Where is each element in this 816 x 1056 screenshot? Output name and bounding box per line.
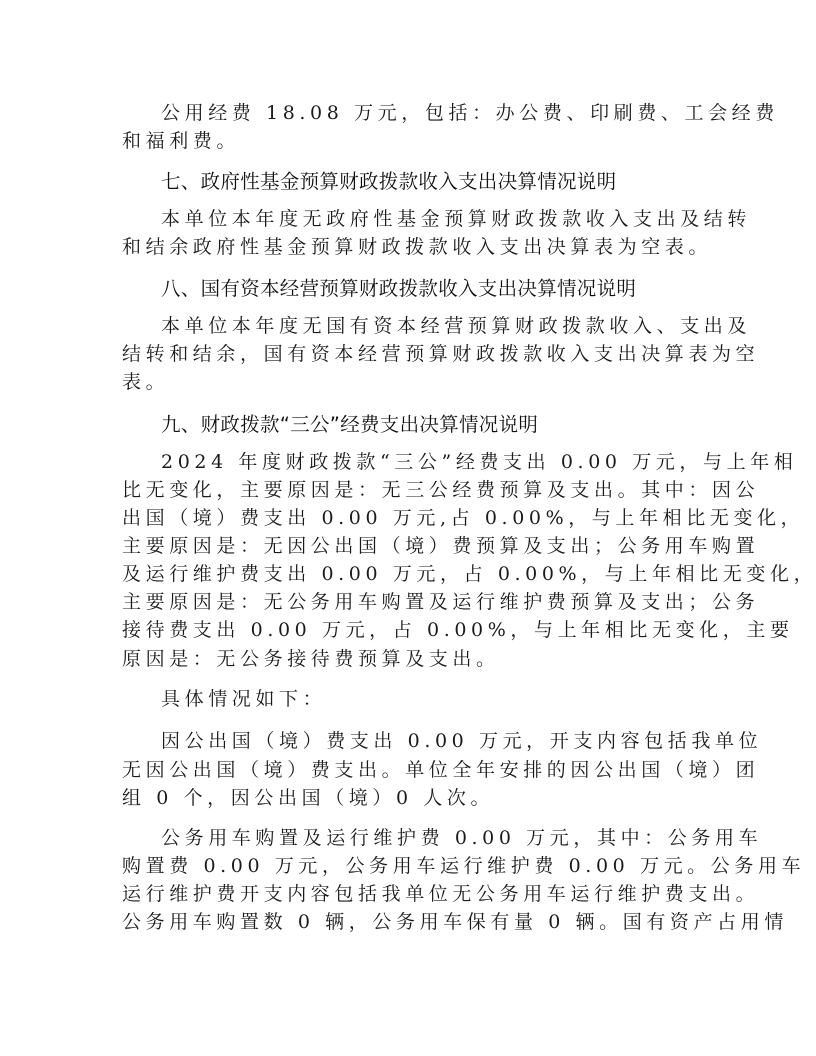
paragraph-line: 因公出国（境）费支出 0.00 万元，开支内容包括我单位 — [161, 727, 741, 755]
paragraph-line: 表。 — [122, 368, 702, 396]
paragraph-line: 公务用车购置及运行维护费 0.00 万元，其中：公务用车 — [161, 824, 741, 852]
paragraph-line: 接待费支出 0.00 万元，占 0.00%，与上年相比无变化，主要 — [122, 616, 702, 644]
section-heading-8: 八、国有资本经营预算财政拨款收入支出决算情况说明 — [161, 275, 636, 303]
paragraph-line: 本单位本年度无政府性基金预算财政拨款收入支出及结转 — [161, 205, 741, 233]
paragraph-line: 公用经费 18.08 万元，包括：办公费、印刷费、工会经费 — [161, 99, 741, 127]
paragraph-line: 购置费 0.00 万元，公务用车运行维护费 0.00 万元。公务用车 — [122, 852, 702, 880]
paragraph-line: 具体情况如下： — [161, 685, 741, 713]
paragraph-line: 出国（境）费支出 0.00 万元,占 0.00%，与上年相比无变化， — [122, 504, 702, 532]
paragraph-line: 比无变化，主要原因是：无三公经费预算及支出。其中：因公 — [122, 476, 702, 504]
paragraph-line: 运行维护费开支内容包括我单位无公务用车运行维护费支出。 — [122, 880, 702, 908]
paragraph-line: 和结余政府性基金预算财政拨款收入支出决算表为空表。 — [122, 233, 702, 261]
section-heading-9: 九、财政拨款“三公”经费支出决算情况说明 — [161, 411, 538, 439]
paragraph-line: 无因公出国（境）费支出。单位全年安排的因公出国（境）团 — [122, 756, 702, 784]
paragraph-line: 组 0 个，因公出国（境）0 人次。 — [122, 784, 702, 812]
paragraph-line: 主要原因是：无公务用车购置及运行维护费预算及支出；公务 — [122, 588, 702, 616]
paragraph-line: 主要原因是：无因公出国（境）费预算及支出；公务用车购置 — [122, 532, 702, 560]
document-page: 公用经费 18.08 万元，包括：办公费、印刷费、工会经费 和福利费。 七、政府… — [0, 0, 816, 1056]
paragraph-line: 结转和结余，国有资本经营预算财政拨款收入支出决算表为空 — [122, 340, 702, 368]
paragraph-line: 和福利费。 — [122, 127, 702, 155]
paragraph-line: 2024 年度财政拨款“三公”经费支出 0.00 万元，与上年相 — [161, 448, 741, 476]
paragraph-line: 原因是：无公务接待费预算及支出。 — [122, 645, 702, 673]
paragraph-line: 及运行维护费支出 0.00 万元，占 0.00%，与上年相比无变化， — [122, 560, 702, 588]
paragraph-line: 公务用车购置数 0 辆，公务用车保有量 0 辆。国有资产占用情 — [122, 908, 702, 936]
paragraph-line: 本单位本年度无国有资本经营预算财政拨款收入、支出及 — [161, 312, 741, 340]
section-heading-7: 七、政府性基金预算财政拨款收入支出决算情况说明 — [161, 168, 616, 196]
